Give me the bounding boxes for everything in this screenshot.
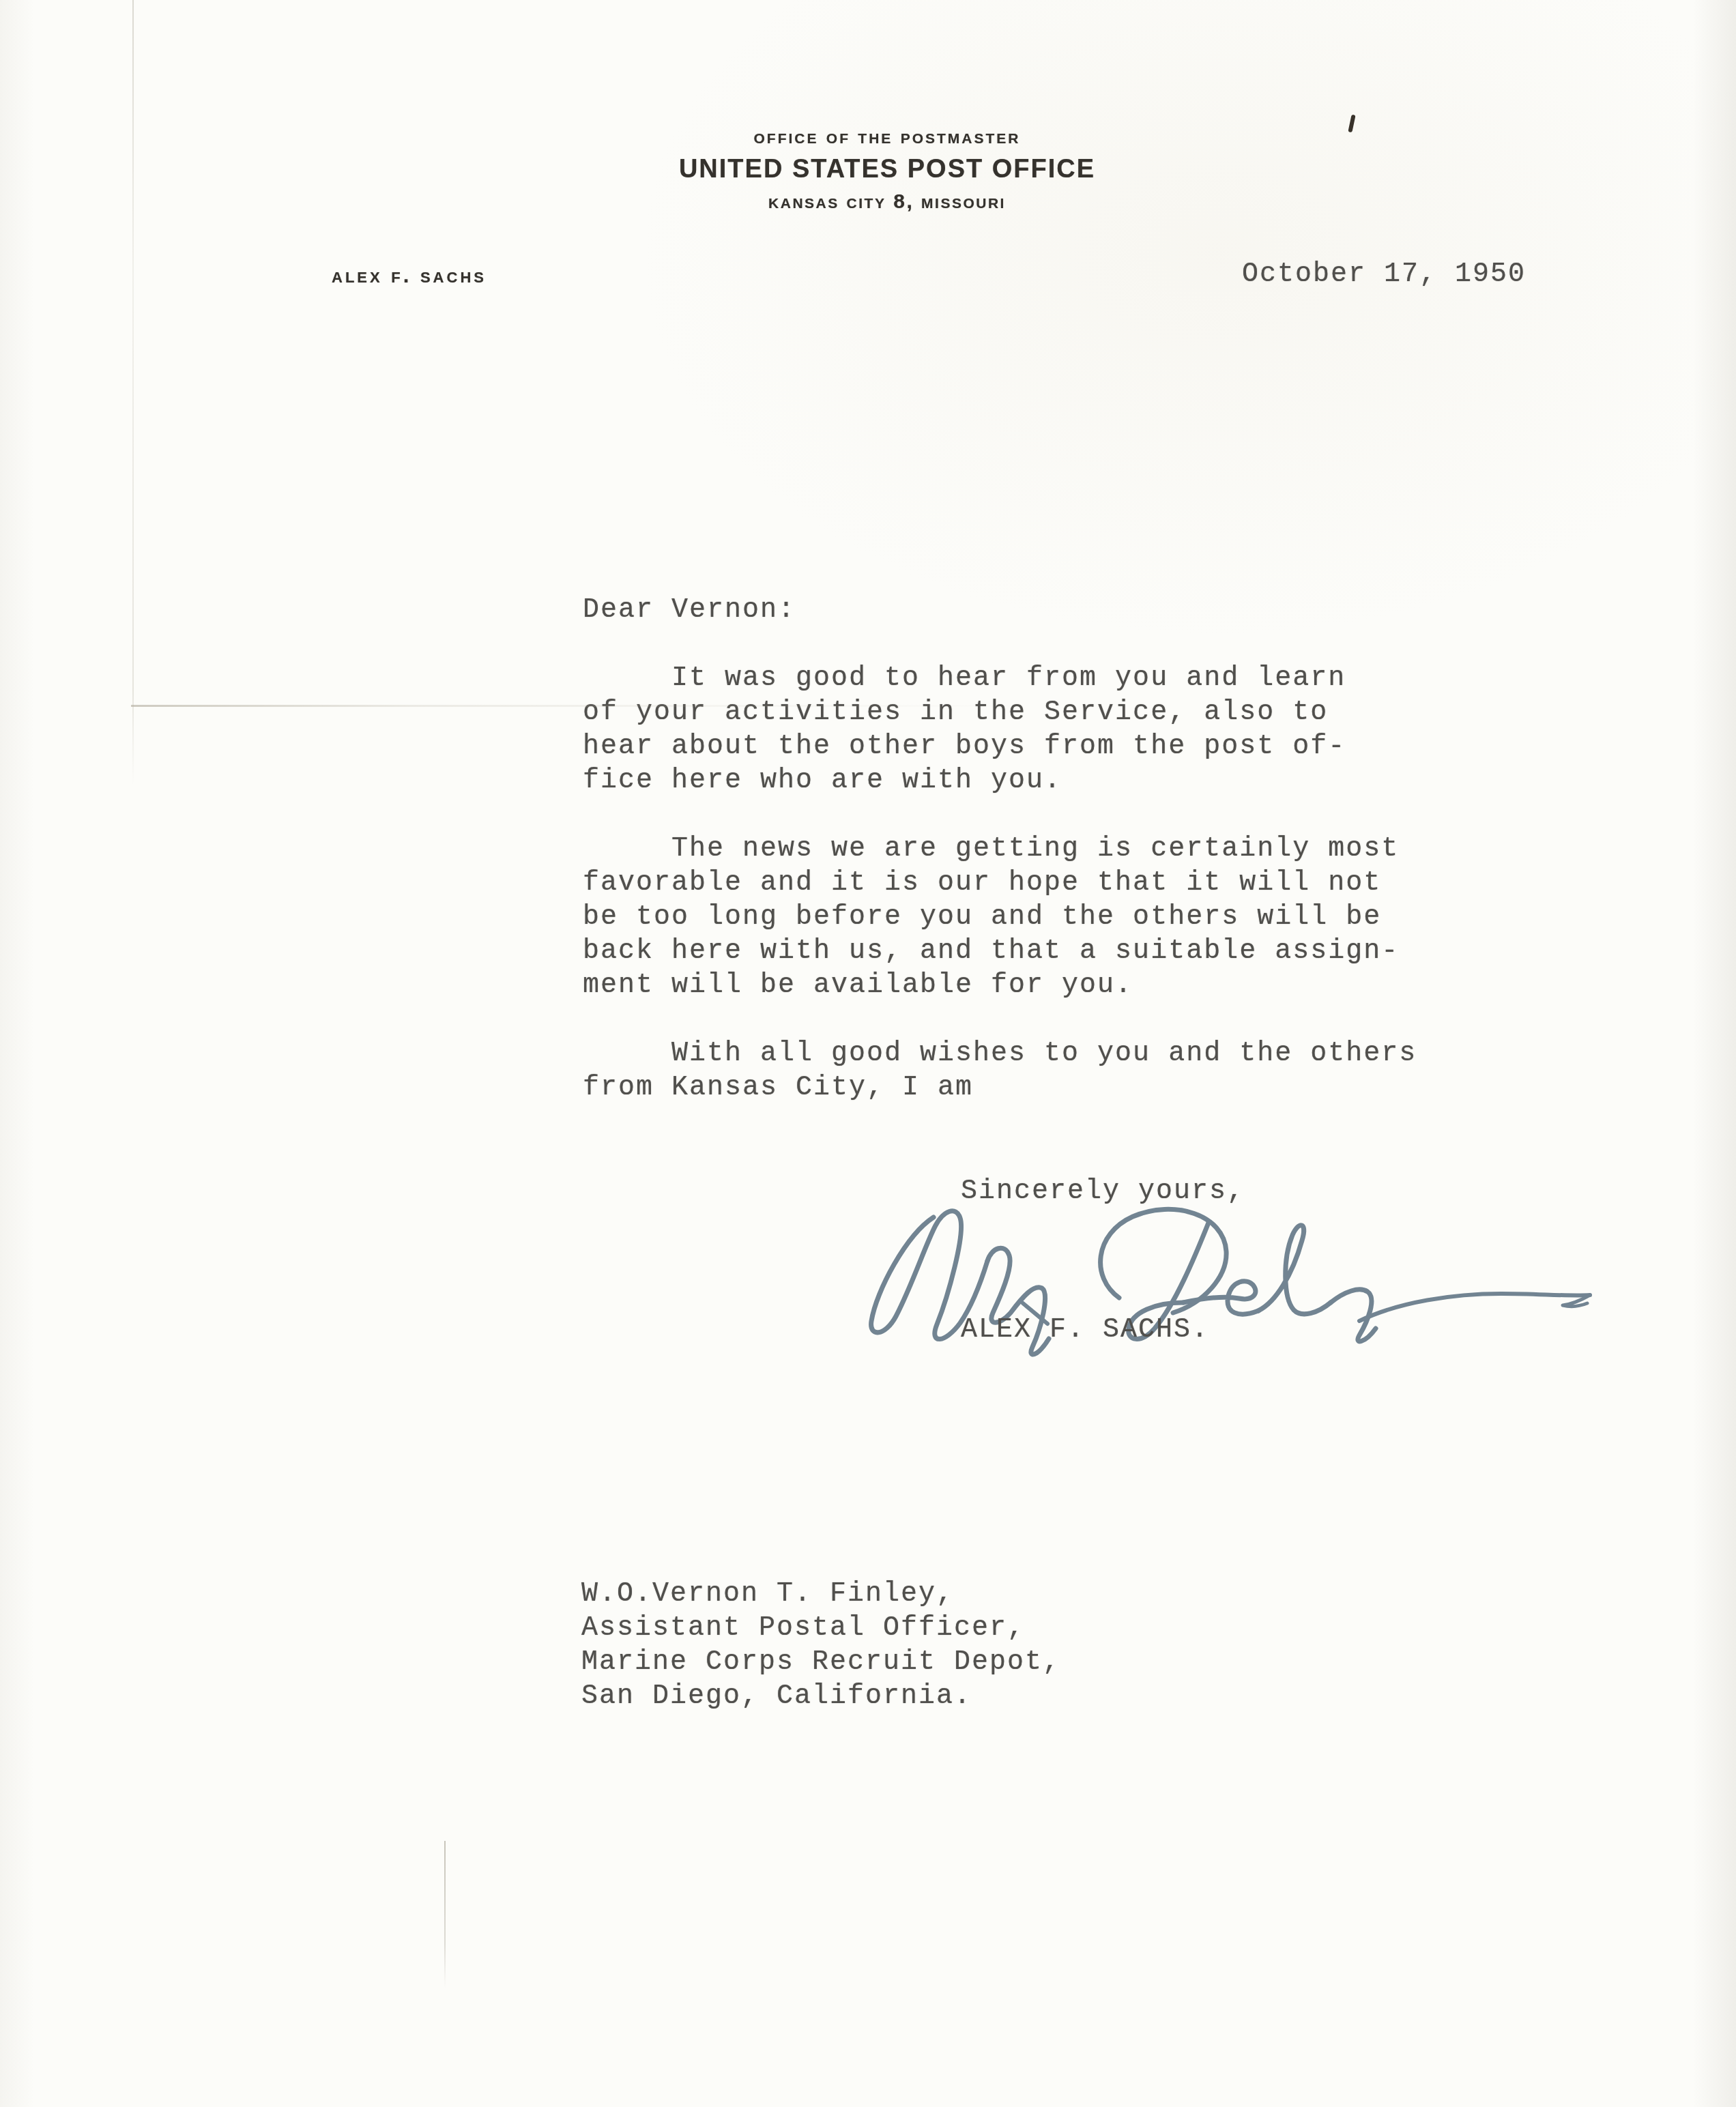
letter-page: Office of the Postmaster UNITED STATES P… bbox=[0, 0, 1736, 2107]
fold-crease-vertical-bottom bbox=[444, 1841, 446, 1988]
letterhead-office-line: Office of the Postmaster bbox=[753, 126, 1020, 149]
paragraph-1: It was good to hear from you and learn o… bbox=[583, 662, 1417, 798]
stray-ink-mark bbox=[1348, 115, 1355, 133]
paragraph-3: With all good wishes to you and the othe… bbox=[583, 1037, 1417, 1105]
letterhead-organization: UNITED STATES POST OFFICE bbox=[679, 155, 1095, 184]
letterhead-location: Kansas City 8, Missouri bbox=[768, 190, 1006, 214]
recipient-address: W.O.Vernon T. Finley, Assistant Postal O… bbox=[581, 1578, 1060, 1714]
typed-signature-name: ALEX F. SACHS. bbox=[961, 1313, 1209, 1348]
salutation: Dear Vernon: bbox=[583, 594, 1417, 628]
paragraph-2: The news we are getting is certainly mos… bbox=[583, 832, 1417, 1003]
letter-date: October 17, 1950 bbox=[1242, 258, 1526, 292]
letterhead-postmaster-name: Alex F. Sachs bbox=[332, 263, 487, 288]
letter-body: Dear Vernon: It was good to hear from yo… bbox=[583, 594, 1417, 1105]
fold-crease-vertical-left bbox=[132, 0, 134, 785]
